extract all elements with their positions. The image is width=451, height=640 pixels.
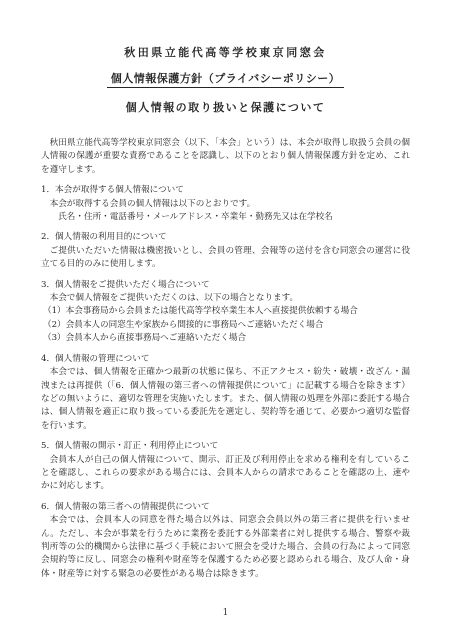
section-provision-cases: 3．個人情報をご提供いただく場合について 本会で個人情報をご提供いただくのは、以… — [41, 279, 410, 346]
section-paragraph: 本会では、個人情報を正確かつ最新の状態に保ち、不正アクセス・紛失・破壊・改ざん・… — [41, 366, 410, 433]
section-heading: 5．個人情報の開示・訂正・利用停止について — [41, 440, 410, 453]
section-heading: 2．個人情報の利用目的について — [41, 231, 410, 244]
section-acquired-info: 1．本会が取得する個人情報について 本会が取得する会員の個人情報は以下のとおりで… — [41, 184, 410, 224]
section-line: 本会が取得する会員の個人情報は以下のとおりです。 — [41, 198, 410, 211]
organization-title: 秋田県立能代高等学校東京同窓会 — [41, 46, 410, 59]
document-page: 秋田県立能代高等学校東京同窓会 個人情報保護方針（プライバシーポリシー） 個人情… — [0, 0, 451, 640]
policy-title: 個人情報保護方針（プライバシーポリシー） — [41, 72, 410, 88]
section-third-party: 6．個人情報の第三者への情報提供について 本会では、会員本人の同意を得た場合以外… — [41, 501, 410, 581]
list-item: （3）会員本人から直接事務局へご連絡いただく場合 — [41, 332, 410, 345]
section-heading: 1．本会が取得する個人情報について — [41, 184, 410, 197]
section-line: 本会で個人情報をご提供いただくのは、以下の場合となります。 — [41, 292, 410, 305]
intro-paragraph: 秋田県立能代高等学校東京同窓会（以下、「本会」という）は、本会が取得し取扱う会員… — [41, 137, 410, 177]
section-line: 氏名・住所・電話番号・メールアドレス・卒業年・勤務先又は在学校名 — [41, 211, 410, 224]
section-paragraph: 会員本人が自己の個人情報について、開示、訂正及び利用停止を求める権利を有している… — [41, 454, 410, 494]
section-paragraph: 本会では、会員本人の同意を得た場合以外は、同窓会会員以外の第三者に提供を行いませ… — [41, 514, 410, 581]
list-item: （1）本会事務局から会員または能代高等学校卒業生本人へ直接提供依頼する場合 — [41, 305, 410, 318]
section-disclosure-correction: 5．個人情報の開示・訂正・利用停止について 会員本人が自己の個人情報について、開… — [41, 440, 410, 494]
section-heading: 3．個人情報をご提供いただく場合について — [41, 279, 410, 292]
page-footer: 1 — [0, 608, 451, 618]
list-item: （2）会員本人の同窓生や家族から間接的に事務局へご連絡いただく場合 — [41, 319, 410, 332]
section-management: 4．個人情報の管理について 本会では、個人情報を正確かつ最新の状態に保ち、不正ア… — [41, 353, 410, 433]
document-subtitle: 個人情報の取り扱いと保護について — [41, 101, 410, 114]
document-body: 秋田県立能代高等学校東京同窓会（以下、「本会」という）は、本会が取得し取扱う会員… — [41, 137, 410, 581]
section-heading: 6．個人情報の第三者への情報提供について — [41, 501, 410, 514]
page-number: 1 — [223, 608, 229, 618]
document-header: 秋田県立能代高等学校東京同窓会 個人情報保護方針（プライバシーポリシー） 個人情… — [41, 46, 410, 114]
section-usage-purpose: 2．個人情報の利用目的について ご提供いただいた情報は機密扱いとし、会員の管理、… — [41, 231, 410, 271]
section-paragraph: ご提供いただいた情報は機密扱いとし、会員の管理、会報等の送付を含む同窓会の運営に… — [41, 245, 410, 272]
section-heading: 4．個人情報の管理について — [41, 353, 410, 366]
policy-title-text: 個人情報保護方針（プライバシーポリシー） — [107, 72, 344, 88]
